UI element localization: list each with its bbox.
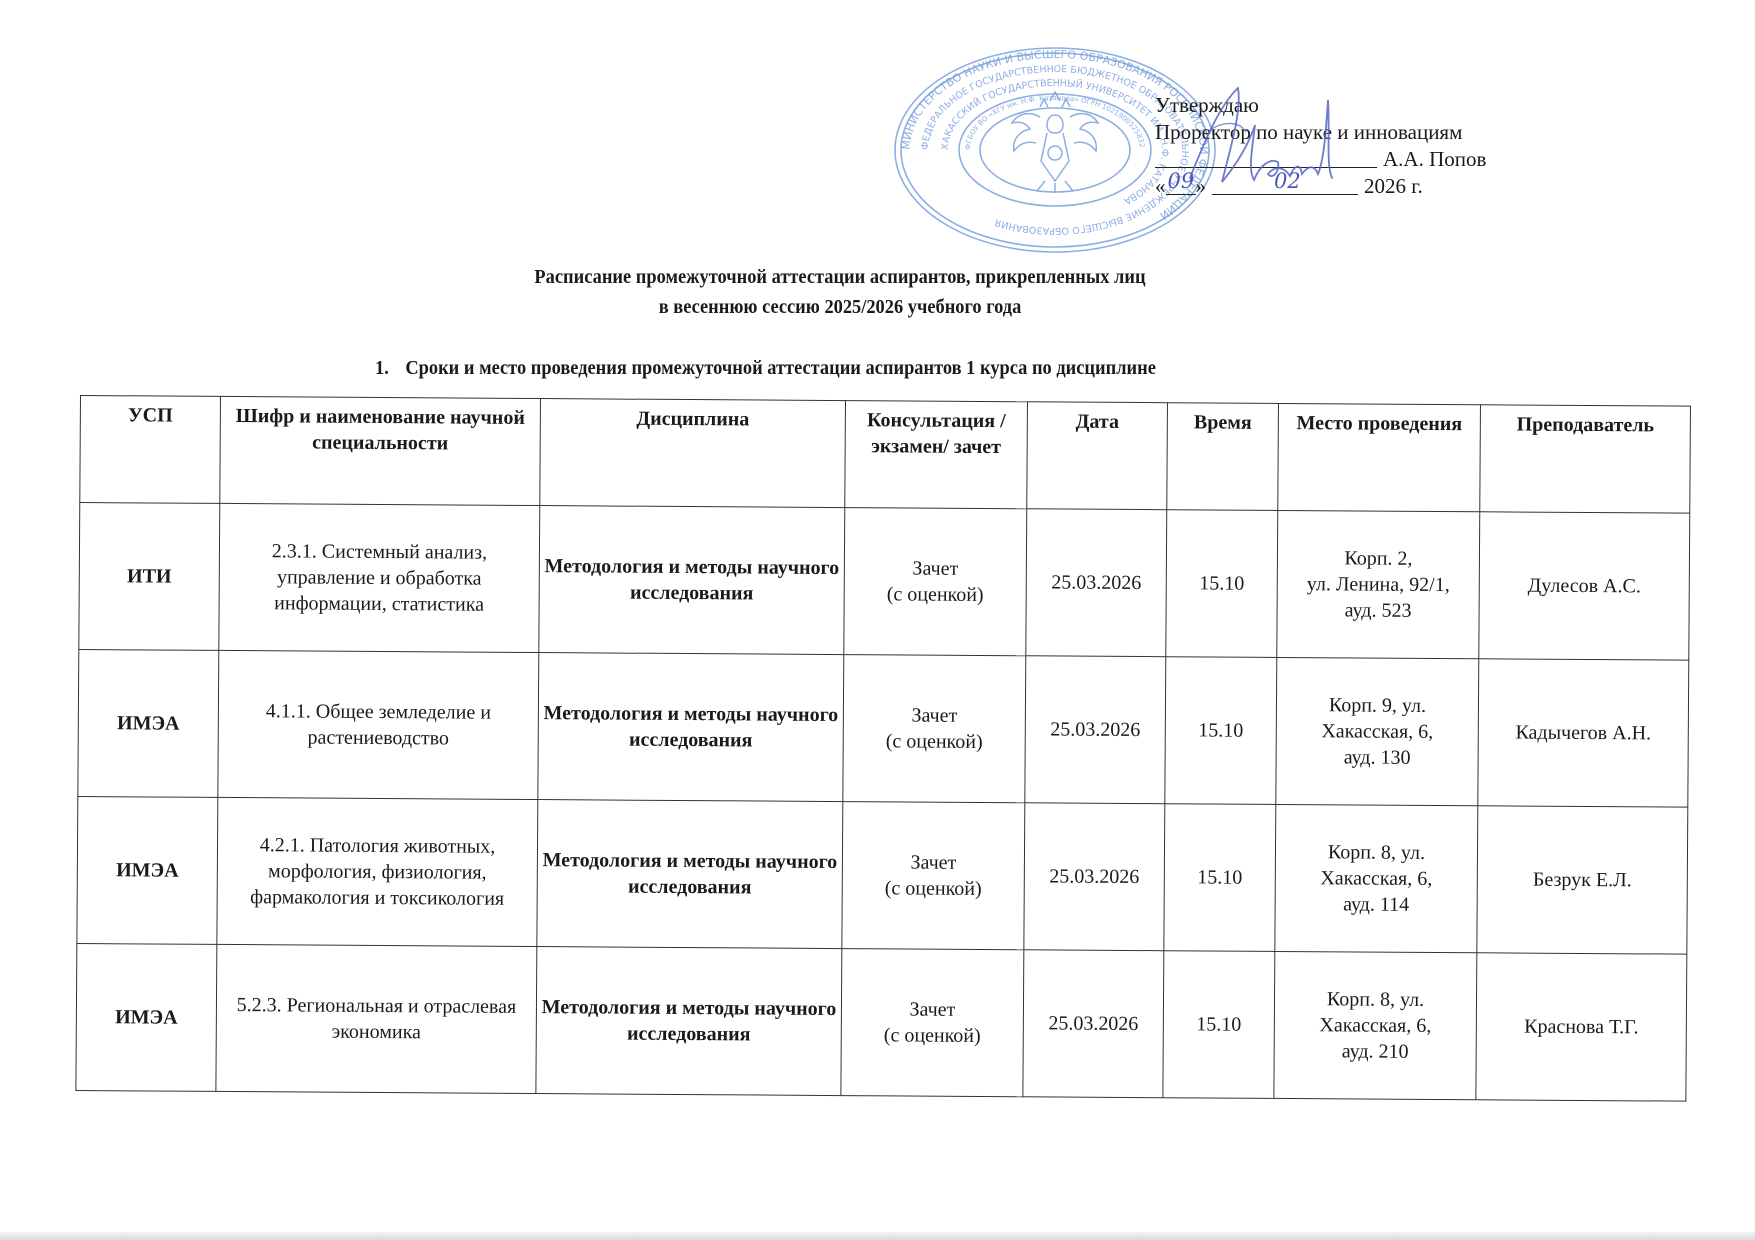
cell-date: 25.03.2026 (1025, 656, 1166, 804)
place-building: Корп. 8, ул. (1279, 986, 1472, 1013)
date-year: 2026 г. (1364, 174, 1423, 198)
cell-specialty: 4.1.1. Общее земледелие и растениеводств… (218, 650, 539, 799)
assessment-note: (с оценкой) (849, 581, 1022, 608)
table-row: ИМЭА 4.1.1. Общее земледелие и растениев… (78, 649, 1689, 807)
table-row: ИМЭА 5.2.3. Региональная и отраслевая эк… (76, 943, 1687, 1101)
cell-discipline: Методология и методы научного исследован… (536, 947, 842, 1096)
assessment-note: (с оценкой) (848, 728, 1021, 755)
quote-close: » (1196, 174, 1207, 198)
cell-time: 15.10 (1166, 510, 1278, 658)
svg-text:ФГБОУ ВО «ХГУ им. Н.Ф. Катанов: ФГБОУ ВО «ХГУ им. Н.Ф. Катанова» ОГРН 10… (964, 94, 1146, 150)
schedule-table: УСП Шифр и наименование научной специаль… (75, 395, 1691, 1102)
cell-usp: ИМЭА (76, 943, 217, 1091)
cell-date: 25.03.2026 (1026, 509, 1167, 657)
cell-teacher: Кадычегов А.Н. (1478, 659, 1689, 807)
date-month-handwritten: 02 (1274, 168, 1301, 195)
table-header-row: УСП Шифр и наименование научной специаль… (80, 396, 1691, 514)
svg-text:ФЕДЕРАЛЬНОЕ ГОСУДАРСТВЕННОЕ БЮ: ФЕДЕРАЛЬНОЕ ГОСУДАРСТВЕННОЕ БЮДЖЕТНОЕ ОБ… (920, 64, 1190, 236)
approval-block: Утверждаю Проректор по науке и инновация… (1155, 92, 1486, 200)
date-day-field: 09 (1166, 174, 1196, 195)
stamp-middle-text: ФЕДЕРАЛЬНОЕ ГОСУДАРСТВЕННОЕ БЮДЖЕТНОЕ ОБ… (920, 64, 1190, 236)
cell-time: 15.10 (1164, 804, 1276, 952)
header-specialty: Шифр и наименование научной специальност… (220, 396, 541, 505)
place-street: Хакасская, 6, (1281, 718, 1474, 745)
stamp-inner-text: ХАКАССКИЙ ГОСУДАРСТВЕННЫЙ УНИВЕРСИТЕТ ИМ… (940, 78, 1170, 207)
cell-usp: ИТИ (79, 503, 220, 651)
header-teacher: Преподаватель (1480, 405, 1691, 513)
assessment-note: (с оценкой) (847, 875, 1020, 902)
place-street: Хакасская, 6, (1279, 1012, 1472, 1039)
section-number: 1. (375, 357, 389, 379)
cell-assessment-type: Зачет (с оценкой) (843, 655, 1026, 803)
place-street: ул. Ленина, 92/1, (1282, 571, 1475, 598)
date-month-field: 02 (1212, 174, 1358, 195)
cell-teacher: Дулесов А.С. (1479, 512, 1690, 660)
table-row: ИТИ 2.3.1. Системный анализ, управление … (79, 503, 1690, 661)
cell-teacher: Безрук Е.Л. (1477, 806, 1688, 954)
assessment-type: Зачет (846, 996, 1019, 1023)
assessment-type: Зачет (848, 702, 1021, 729)
approver-name: А.А. Попов (1383, 147, 1486, 171)
place-room: ауд. 523 (1282, 597, 1475, 624)
stamp-core-text: ФГБОУ ВО «ХГУ им. Н.Ф. Катанова» ОГРН 10… (964, 94, 1146, 150)
place-room: ауд. 130 (1281, 744, 1474, 771)
assessment-type: Зачет (847, 849, 1020, 876)
section-heading: 1.Сроки и место проведения промежуточной… (375, 355, 1156, 381)
scan-edge-shadow (0, 1232, 1755, 1240)
cell-discipline: Методология и методы научного исследован… (538, 653, 844, 802)
header-place: Место проведения (1278, 403, 1481, 511)
place-building: Корп. 8, ул. (1280, 839, 1473, 866)
cell-specialty: 2.3.1. Системный анализ, управление и об… (219, 503, 540, 652)
assessment-note: (с оценкой) (846, 1022, 1019, 1049)
eagle-emblem-icon (1012, 92, 1098, 193)
header-time: Время (1167, 403, 1279, 511)
cell-place: Корп. 8, ул. Хакасская, 6, ауд. 210 (1274, 951, 1477, 1099)
cell-usp: ИМЭА (77, 796, 218, 944)
cell-specialty: 4.2.1. Патология животных, морфология, ф… (217, 797, 538, 946)
cell-teacher: Краснова Т.Г. (1476, 953, 1687, 1101)
table-row: ИМЭА 4.2.1. Патология животных, морфолог… (77, 796, 1688, 954)
approve-label: Утверждаю (1155, 92, 1486, 119)
header-date: Дата (1027, 402, 1168, 510)
header-assessment-type: Консультация / экзамен/ зачет (845, 401, 1028, 509)
cell-time: 15.10 (1163, 951, 1275, 1099)
cell-specialty: 5.2.3. Региональная и отраслевая экономи… (216, 944, 537, 1093)
cell-date: 25.03.2026 (1023, 950, 1164, 1098)
cell-discipline: Методология и методы научного исследован… (537, 800, 843, 949)
assessment-type: Зачет (849, 555, 1022, 582)
signature-line (1155, 147, 1377, 168)
document-page: МИНИСТЕРСТВО НАУКИ И ВЫСШЕГО ОБРАЗОВАНИЯ… (0, 0, 1755, 1240)
place-building: Корп. 9, ул. (1281, 692, 1474, 719)
cell-assessment-type: Зачет (с оценкой) (841, 949, 1024, 1097)
header-usp: УСП (80, 396, 221, 504)
header-discipline: Дисциплина (540, 399, 846, 508)
cell-usp: ИМЭА (78, 649, 219, 797)
cell-date: 25.03.2026 (1024, 803, 1165, 951)
approval-date: «09»022026 г. (1155, 173, 1486, 200)
date-day-handwritten: 09 (1168, 168, 1195, 195)
section-title: Сроки и место проведения промежуточной а… (405, 357, 1156, 379)
svg-text:ХАКАССКИЙ ГОСУДАРСТВЕННЫЙ УНИВ: ХАКАССКИЙ ГОСУДАРСТВЕННЫЙ УНИВЕРСИТЕТ ИМ… (940, 78, 1170, 207)
place-street: Хакасская, 6, (1280, 865, 1473, 892)
document-title-line2: в весеннюю сессию 2025/2026 учебного год… (67, 292, 1613, 322)
cell-assessment-type: Зачет (с оценкой) (844, 508, 1027, 656)
cell-time: 15.10 (1165, 657, 1277, 805)
quote-open: « (1155, 174, 1166, 198)
cell-place: Корп. 2, ул. Ленина, 92/1, ауд. 523 (1277, 510, 1480, 658)
place-building: Корп. 2, (1282, 545, 1475, 572)
document-title: Расписание промежуточной аттестации аспи… (67, 262, 1613, 322)
document-title-line1: Расписание промежуточной аттестации аспи… (67, 262, 1613, 292)
place-room: ауд. 114 (1280, 891, 1473, 918)
cell-discipline: Методология и методы научного исследован… (539, 506, 845, 655)
cell-place: Корп. 9, ул. Хакасская, 6, ауд. 130 (1276, 657, 1479, 805)
cell-assessment-type: Зачет (с оценкой) (842, 802, 1025, 950)
place-room: ауд. 210 (1279, 1038, 1472, 1065)
approver-position: Проректор по науке и инновациям (1155, 119, 1486, 146)
cell-place: Корп. 8, ул. Хакасская, 6, ауд. 114 (1275, 804, 1478, 952)
